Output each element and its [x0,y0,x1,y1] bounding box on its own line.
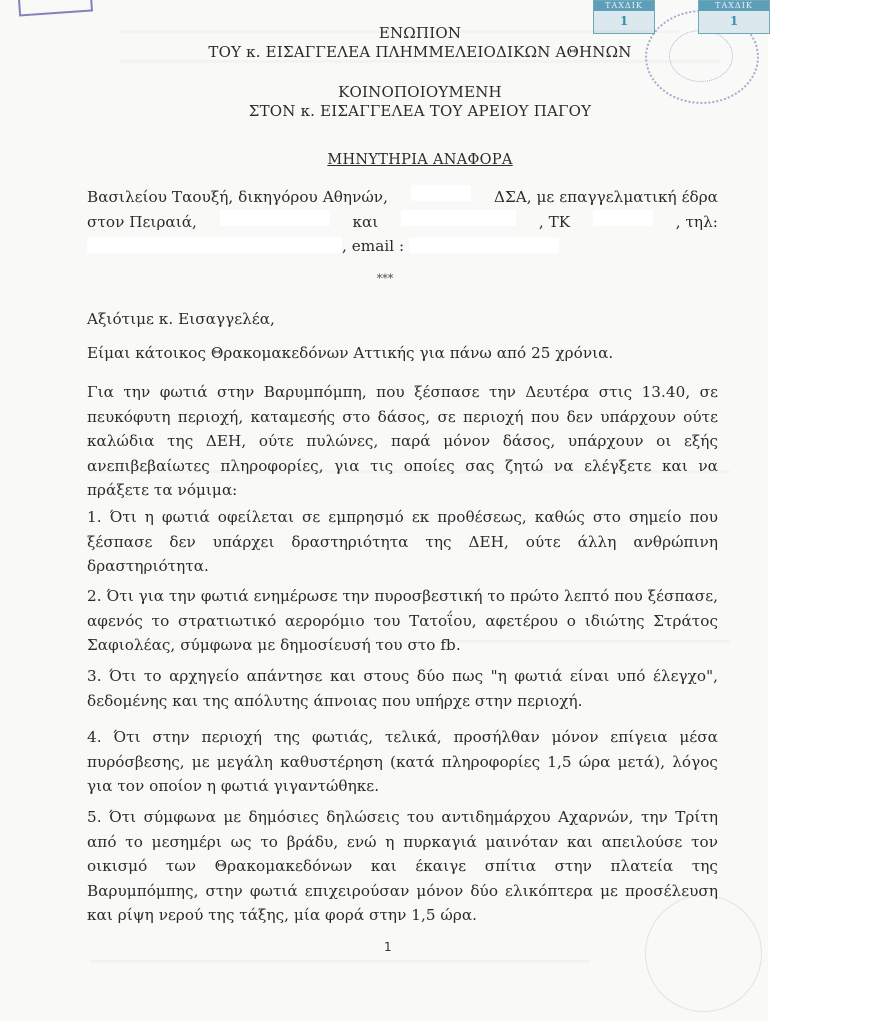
page-number: 1 [384,940,392,954]
intro-paragraph: Είμαι κάτοικος Θρακομακεδόνων Αττικής γι… [87,341,718,366]
redacted-text [220,210,330,226]
header-line: ΤΟΥ κ. ΕΙΣΑΓΓΕΛΕΑ ΠΛΗΜΜΕΛΕΙΟΔΙΚΩΝ ΑΘΗΝΩΝ [0,43,840,62]
redacted-text [409,237,559,253]
point-item: 5. Ότι σύμφωνα με δημόσιες δηλώσεις του … [87,805,718,928]
document-title: ΜΗΝΥΤΗΡΙΑ ΑΝΑΦΟΡΑ [0,152,840,168]
context-paragraph: Για την φωτιά στην Βαρυμπόμπη, που ξέσπα… [87,380,718,503]
redacted-text [87,237,342,253]
header-line: ΕΝΩΠΙΟΝ [0,24,840,43]
separator: *** [0,272,770,285]
point-item: 1. Ότι η φωτιά οφείλεται σε εμπρησμό εκ … [87,505,718,579]
redacted-text [593,210,653,226]
header-line: ΣΤΟΝ κ. ΕΙΣΑΓΓΕΛΕΑ ΤΟΥ ΑΡΕΙΟΥ ΠΑΓΟΥ [0,102,840,121]
salutation: Αξιότιμε κ. Εισαγγελέα, [87,307,718,332]
redacted-text [401,210,516,226]
sender-line: στον Πειραιά, και , ΤΚ , τηλ: [87,210,718,235]
sender-line: , email : [87,234,718,259]
point-item: 4. Ότι στην περιοχή της φωτιάς, τελικά, … [87,725,718,799]
document-page: ΤΑΧΔΙΚ 1 ΤΑΧΔΙΚ 1 ΕΝΩΠΙΟΝ ΤΟΥ κ. ΕΙΣΑΓΓΕ… [0,0,768,1021]
sender-line: Βασιλείου Ταουξή, δικηγόρου Αθηνών, ΔΣΑ,… [87,185,718,210]
header-line: ΚΟΙΝΟΠΟΙΟΥΜΕΝΗ [0,83,840,102]
sender-block: Βασιλείου Ταουξή, δικηγόρου Αθηνών, ΔΣΑ,… [87,185,718,259]
point-item: 2. Ότι για την φωτιά ενημέρωσε την πυροσ… [87,584,718,658]
redacted-text [411,185,471,201]
ink-stamp-box [17,0,93,17]
point-item: 3. Ότι το αρχηγείο απάντησε και στους δύ… [87,664,718,713]
